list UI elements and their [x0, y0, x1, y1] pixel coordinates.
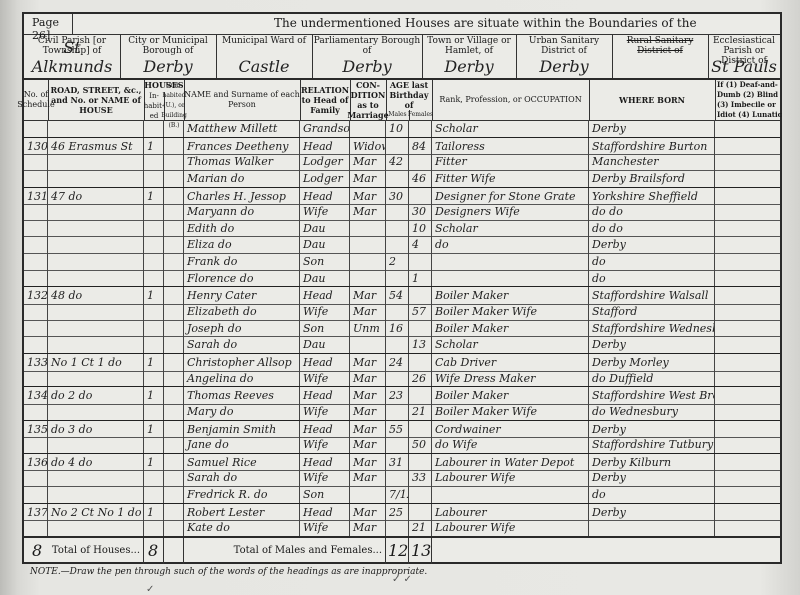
schedule-cell: 130: [24, 138, 48, 155]
uninhabited-cell: [164, 120, 184, 137]
infirmity-cell: [715, 336, 780, 353]
relation-cell: Head: [300, 504, 350, 521]
header-age-label: AGE last Birthday of: [386, 80, 432, 110]
inhabited-cell: 1: [144, 138, 164, 155]
female-age-cell: 1: [409, 270, 432, 287]
table-row: Fredrick R. doSon7/12do: [24, 486, 780, 504]
road-cell: [48, 120, 144, 137]
schedule-cell: [24, 469, 48, 486]
female-age-cell: 13: [409, 336, 432, 353]
relation-cell: Dau: [300, 270, 350, 287]
header-uninhabited: Unin-habited (U.), or Building (B.): [164, 92, 185, 120]
condition-cell: [350, 220, 386, 237]
infirmity-cell: [715, 188, 780, 205]
schedule-cell: 132: [24, 287, 48, 304]
male-age-cell: [386, 170, 409, 187]
road-cell: do 3 do: [48, 421, 144, 438]
page-header: Page 26] The undermentioned Houses are s…: [24, 14, 780, 35]
table-row: Sarah doWifeMar33Labourer WifeDerby: [24, 469, 780, 487]
birthplace-cell: Staffordshire West Bromwich: [589, 387, 715, 404]
civil-parish-value: St Alkmunds: [24, 38, 120, 76]
condition-cell: Mar: [350, 170, 386, 187]
occupation-cell: Designers Wife: [432, 203, 589, 220]
condition-cell: Mar: [350, 287, 386, 304]
occupation-cell: Fitter: [432, 153, 589, 170]
male-age-cell: [386, 519, 409, 536]
total-females: 13: [409, 538, 432, 564]
condition-cell: Mar: [350, 421, 386, 438]
schedule-cell: [24, 403, 48, 420]
inhabited-cell: 1: [144, 421, 164, 438]
birthplace-cell: do: [589, 253, 715, 270]
inhabited-cell: [144, 303, 164, 320]
female-age-cell: [409, 486, 432, 503]
municipal-borough: City or Municipal Borough of Derby: [120, 34, 217, 78]
infirmity-cell: [715, 486, 780, 503]
name-cell: Matthew Millett: [184, 120, 300, 137]
inhabited-cell: [144, 403, 164, 420]
birthplace-cell: Derby Brailsford: [589, 170, 715, 187]
inhabited-cell: [144, 236, 164, 253]
inhabited-cell: 1: [144, 354, 164, 371]
uninhabited-cell: [164, 138, 184, 155]
birthplace-cell: Derby: [589, 421, 715, 438]
road-cell: [48, 469, 144, 486]
name-cell: Samuel Rice: [184, 454, 300, 471]
female-age-cell: 21: [409, 519, 432, 536]
condition-cell: Mar: [350, 504, 386, 521]
table-row: Sarah doDau13ScholarDerby: [24, 336, 780, 354]
occupation-cell: [432, 253, 589, 270]
male-age-cell: [386, 370, 409, 387]
uninhabited-cell: [164, 287, 184, 304]
female-age-cell: 26: [409, 370, 432, 387]
birthplace-cell: do Duffield: [589, 370, 715, 387]
condition-cell: Mar: [350, 387, 386, 404]
road-cell: do 4 do: [48, 454, 144, 471]
table-row: Thomas WalkerLodgerMar42FitterManchester: [24, 153, 780, 171]
road-cell: [48, 253, 144, 270]
birthplace-cell: do Wednesbury: [589, 403, 715, 420]
schedule-cell: [24, 486, 48, 503]
female-age-cell: [409, 421, 432, 438]
female-age-cell: [409, 354, 432, 371]
urban-sanitary-district: Urban Sanitary District of Derby: [516, 34, 613, 78]
uninhabited-cell: [164, 354, 184, 371]
table-row: Matthew MillettGrandson10ScholarDerby: [24, 120, 780, 138]
female-age-cell: 46: [409, 170, 432, 187]
table-row: Joseph doSonUnm16Boiler MakerStaffordshi…: [24, 320, 780, 338]
road-cell: do 2 do: [48, 387, 144, 404]
female-age-cell: [409, 454, 432, 471]
schedule-cell: 136: [24, 454, 48, 471]
name-cell: Florence do: [184, 270, 300, 287]
condition-cell: [350, 270, 386, 287]
relation-cell: Dau: [300, 220, 350, 237]
birthplace-cell: Staffordshire Wednesbury: [589, 320, 715, 337]
inhabited-cell: [144, 320, 164, 337]
inhabited-cell: [144, 519, 164, 536]
header-banner: The undermentioned Houses are situate wi…: [274, 16, 697, 30]
name-cell: Maryann do: [184, 203, 300, 220]
census-page: Page 26] The undermentioned Houses are s…: [0, 0, 800, 595]
civil-parish: Civil Parish [or Township] of St Alkmund…: [24, 34, 121, 78]
road-cell: [48, 170, 144, 187]
schedule-cell: [24, 303, 48, 320]
infirmity-cell: [715, 454, 780, 471]
occupation-cell: [432, 270, 589, 287]
occupation-cell: Labourer Wife: [432, 519, 589, 536]
table-row: Mary doWifeMar21Boiler Maker Wifedo Wedn…: [24, 403, 780, 421]
total-houses-inhabited: 8: [144, 538, 164, 564]
road-cell: [48, 403, 144, 420]
relation-cell: Head: [300, 387, 350, 404]
relation-cell: Lodger: [300, 153, 350, 170]
relation-cell: Wife: [300, 436, 350, 453]
condition-cell: Mar: [350, 303, 386, 320]
name-cell: Elizabeth do: [184, 303, 300, 320]
header-relation: RELATION to Head of Family: [300, 80, 351, 120]
uninhabited-cell: [164, 403, 184, 420]
inhabited-cell: [144, 436, 164, 453]
occupation-cell: Fitter Wife: [432, 170, 589, 187]
male-age-cell: [386, 270, 409, 287]
schedule-cell: 135: [24, 421, 48, 438]
name-cell: Thomas Walker: [184, 153, 300, 170]
road-cell: [48, 320, 144, 337]
census-form: Page 26] The undermentioned Houses are s…: [22, 12, 782, 564]
occupation-cell: Boiler Maker Wife: [432, 403, 589, 420]
occupation-cell: Boiler Maker Wife: [432, 303, 589, 320]
ecclesiastical-parish: Ecclesiastical Parish or District of St …: [708, 34, 780, 78]
condition-cell: Mar: [350, 436, 386, 453]
condition-cell: [350, 486, 386, 503]
inhabited-cell: 1: [144, 454, 164, 471]
male-age-cell: [386, 138, 409, 155]
municipal-borough-value: Derby: [120, 57, 216, 76]
infirmity-cell: [715, 270, 780, 287]
occupation-cell: Designer for Stone Grate: [432, 188, 589, 205]
header-schedule: No. of Schedule: [24, 80, 49, 120]
relation-cell: Wife: [300, 203, 350, 220]
table-row: Frank doSon2do: [24, 253, 780, 271]
municipal-ward-label: Municipal Ward of: [216, 34, 312, 46]
road-cell: [48, 270, 144, 287]
table-row: Marian doLodgerMar46Fitter WifeDerby Bra…: [24, 170, 780, 188]
schedule-cell: [24, 236, 48, 253]
table-row: Florence doDau1do: [24, 270, 780, 288]
schedule-cell: 134: [24, 387, 48, 404]
female-age-cell: 4: [409, 236, 432, 253]
inhabited-cell: [144, 170, 164, 187]
occupation-cell: Labourer Wife: [432, 469, 589, 486]
infirmity-cell: [715, 303, 780, 320]
female-age-cell: 84: [409, 138, 432, 155]
relation-cell: Wife: [300, 469, 350, 486]
name-cell: Henry Cater: [184, 287, 300, 304]
condition-cell: Mar: [350, 188, 386, 205]
name-cell: Christopher Allsop: [184, 354, 300, 371]
occupation-cell: Wife Dress Maker: [432, 370, 589, 387]
relation-cell: Son: [300, 486, 350, 503]
road-cell: No 1 Ct 1 do: [48, 354, 144, 371]
birthplace-cell: Derby Kilburn: [589, 454, 715, 471]
female-age-cell: 57: [409, 303, 432, 320]
male-age-cell: [386, 236, 409, 253]
schedule-cell: 137: [24, 504, 48, 521]
name-cell: Mary do: [184, 403, 300, 420]
birthplace-cell: do do: [589, 203, 715, 220]
male-age-cell: 54: [386, 287, 409, 304]
birthplace-cell: do do: [589, 220, 715, 237]
condition-cell: Mar: [350, 519, 386, 536]
road-cell: 48 do: [48, 287, 144, 304]
total-males: 12: [386, 538, 409, 564]
uninhabited-cell: [164, 519, 184, 536]
road-cell: 46 Erasmus St: [48, 138, 144, 155]
female-age-cell: [409, 188, 432, 205]
male-age-cell: [386, 303, 409, 320]
district-row: Civil Parish [or Township] of St Alkmund…: [24, 34, 780, 80]
birthplace-cell: Manchester: [589, 153, 715, 170]
relation-cell: Wife: [300, 303, 350, 320]
uninhabited-cell: [164, 203, 184, 220]
infirmity-cell: [715, 370, 780, 387]
header-females: Females: [409, 110, 433, 120]
male-age-cell: 10: [386, 120, 409, 137]
name-cell: Jane do: [184, 436, 300, 453]
infirmity-cell: [715, 387, 780, 404]
male-age-cell: [386, 336, 409, 353]
header-infirmity: If (1) Deaf-and-Dumb (2) Blind (3) Imbec…: [715, 80, 782, 120]
header-males: Males: [386, 110, 410, 120]
infirmity-cell: [715, 138, 780, 155]
road-cell: [48, 336, 144, 353]
occupation-cell: Boiler Maker: [432, 387, 589, 404]
infirmity-cell: [715, 153, 780, 170]
municipal-ward: Municipal Ward of Castle: [216, 34, 313, 78]
inhabited-cell: [144, 153, 164, 170]
uninhabited-cell: [164, 486, 184, 503]
infirmity-cell: [715, 287, 780, 304]
female-age-cell: 21: [409, 403, 432, 420]
relation-cell: Head: [300, 287, 350, 304]
town-value: Derby: [422, 57, 516, 76]
municipal-ward-value: Castle: [216, 57, 312, 76]
page-number-box: Page 26]: [24, 14, 73, 34]
occupation-cell: Tailoress: [432, 138, 589, 155]
inhabited-cell: 1: [144, 504, 164, 521]
name-cell: Sarah do: [184, 469, 300, 486]
occupation-cell: do: [432, 236, 589, 253]
female-age-cell: 50: [409, 436, 432, 453]
name-cell: Edith do: [184, 220, 300, 237]
totals-blank: [432, 538, 780, 564]
uninhabited-cell: [164, 270, 184, 287]
inhabited-cell: [144, 486, 164, 503]
condition-cell: Mar: [350, 153, 386, 170]
infirmity-cell: [715, 354, 780, 371]
name-cell: Angelina do: [184, 370, 300, 387]
totals-row: 8 Total of Houses... 8 Total of Males an…: [24, 536, 780, 564]
check-mark: ✓ ✓: [392, 574, 412, 585]
infirmity-cell: [715, 504, 780, 521]
female-age-cell: 10: [409, 220, 432, 237]
birthplace-cell: Derby: [589, 336, 715, 353]
relation-cell: Wife: [300, 403, 350, 420]
condition-cell: Mar: [350, 203, 386, 220]
occupation-cell: [432, 486, 589, 503]
female-age-cell: 30: [409, 203, 432, 220]
male-age-cell: [386, 469, 409, 486]
condition-cell: Unm: [350, 320, 386, 337]
infirmity-cell: [715, 519, 780, 536]
female-age-cell: [409, 120, 432, 137]
male-age-cell: 55: [386, 421, 409, 438]
birthplace-cell: Derby: [589, 236, 715, 253]
birthplace-cell: Derby: [589, 469, 715, 486]
town-label: Town or Village or Hamlet, of: [422, 34, 516, 56]
table-row: Eliza doDau4doDerby: [24, 236, 780, 254]
road-cell: [48, 203, 144, 220]
male-age-cell: 24: [386, 354, 409, 371]
inhabited-cell: 1: [144, 287, 164, 304]
relation-cell: Son: [300, 253, 350, 270]
infirmity-cell: [715, 203, 780, 220]
uninhabited-cell: [164, 336, 184, 353]
name-cell: Frances Deetheny: [184, 138, 300, 155]
infirmity-cell: [715, 469, 780, 486]
name-cell: Eliza do: [184, 236, 300, 253]
male-age-cell: 31: [386, 454, 409, 471]
male-age-cell: 25: [386, 504, 409, 521]
birthplace-cell: Staffordshire Burton: [589, 138, 715, 155]
occupation-cell: do Wife: [432, 436, 589, 453]
occupation-cell: Cordwainer: [432, 421, 589, 438]
schedule-cell: [24, 120, 48, 137]
schedule-cell: [24, 320, 48, 337]
road-cell: [48, 436, 144, 453]
table-row: Edith doDau10Scholardo do: [24, 220, 780, 238]
name-cell: Robert Lester: [184, 504, 300, 521]
female-age-cell: [409, 320, 432, 337]
inhabited-cell: [144, 370, 164, 387]
schedule-cell: [24, 153, 48, 170]
occupation-cell: Scholar: [432, 336, 589, 353]
relation-cell: Grandson: [300, 120, 350, 137]
town: Town or Village or Hamlet, of Derby: [422, 34, 517, 78]
condition-cell: Widow: [350, 138, 386, 155]
ecclesiastical-value: St Pauls: [708, 57, 780, 76]
inhabited-cell: [144, 253, 164, 270]
uninhabited-cell: [164, 153, 184, 170]
road-cell: [48, 153, 144, 170]
parliamentary-borough: Parliamentary Borough of Derby: [312, 34, 423, 78]
schedule-cell: [24, 336, 48, 353]
infirmity-cell: [715, 236, 780, 253]
uninhabited-cell: [164, 504, 184, 521]
male-age-cell: 30: [386, 188, 409, 205]
total-schedules: 8: [24, 538, 48, 564]
name-cell: Charles H. Jessop: [184, 188, 300, 205]
infirmity-cell: [715, 253, 780, 270]
uninhabited-cell: [164, 454, 184, 471]
birthplace-cell: Derby: [589, 120, 715, 137]
total-houses-label: Total of Houses...: [48, 538, 144, 564]
birthplace-cell: Staffordshire Walsall: [589, 287, 715, 304]
table-row: Maryann doWifeMar30Designers Wifedo do: [24, 203, 780, 221]
male-age-cell: 16: [386, 320, 409, 337]
relation-cell: Dau: [300, 236, 350, 253]
footer-note: NOTE.—Draw the pen through such of the w…: [30, 567, 427, 577]
uninhabited-cell: [164, 370, 184, 387]
header-road: ROAD, STREET, &c., and No. or NAME of HO…: [48, 80, 145, 120]
road-cell: [48, 370, 144, 387]
occupation-cell: Cab Driver: [432, 354, 589, 371]
name-cell: Thomas Reeves: [184, 387, 300, 404]
table-row: Angelina doWifeMar26Wife Dress Makerdo D…: [24, 370, 780, 388]
rural-sanitary-label: Rural Sanitary District of: [612, 34, 708, 56]
condition-cell: [350, 336, 386, 353]
infirmity-cell: [715, 220, 780, 237]
urban-sanitary-label: Urban Sanitary District of: [516, 34, 612, 56]
relation-cell: Head: [300, 454, 350, 471]
condition-cell: Mar: [350, 469, 386, 486]
inhabited-cell: [144, 203, 164, 220]
birthplace-cell: Staffordshire Tutbury: [589, 436, 715, 453]
occupation-cell: Labourer in Water Depot: [432, 454, 589, 471]
schedule-cell: [24, 270, 48, 287]
parliamentary-borough-label: Parliamentary Borough of: [312, 34, 422, 56]
uninhabited-cell: [164, 469, 184, 486]
female-age-cell: [409, 253, 432, 270]
birthplace-cell: Yorkshire Sheffield: [589, 188, 715, 205]
header-condition: CON-DITION as to Marriage: [350, 80, 387, 120]
infirmity-cell: [715, 320, 780, 337]
inhabited-cell: [144, 270, 164, 287]
condition-cell: [350, 236, 386, 253]
occupation-cell: Boiler Maker: [432, 320, 589, 337]
relation-cell: Wife: [300, 519, 350, 536]
occupation-cell: Labourer: [432, 504, 589, 521]
female-age-cell: 33: [409, 469, 432, 486]
name-cell: Kate do: [184, 519, 300, 536]
schedule-cell: [24, 220, 48, 237]
uninhabited-cell: [164, 387, 184, 404]
table-row: Elizabeth doWifeMar57Boiler Maker WifeSt…: [24, 303, 780, 321]
male-age-cell: [386, 436, 409, 453]
male-age-cell: 7/12: [386, 486, 409, 503]
male-age-cell: 42: [386, 153, 409, 170]
birthplace-cell: do: [589, 486, 715, 503]
inhabited-cell: 1: [144, 188, 164, 205]
road-cell: 47 do: [48, 188, 144, 205]
uninhabited-cell: [164, 170, 184, 187]
schedule-cell: [24, 436, 48, 453]
relation-cell: Lodger: [300, 170, 350, 187]
relation-cell: Head: [300, 421, 350, 438]
female-age-cell: [409, 387, 432, 404]
total-houses-uninhabited: [164, 538, 184, 564]
name-cell: Benjamin Smith: [184, 421, 300, 438]
condition-cell: Mar: [350, 403, 386, 420]
road-cell: No 2 Ct No 1 do: [48, 504, 144, 521]
condition-cell: [350, 120, 386, 137]
uninhabited-cell: [164, 220, 184, 237]
infirmity-cell: [715, 170, 780, 187]
rural-sanitary-district: Rural Sanitary District of: [612, 34, 709, 78]
female-age-cell: [409, 504, 432, 521]
